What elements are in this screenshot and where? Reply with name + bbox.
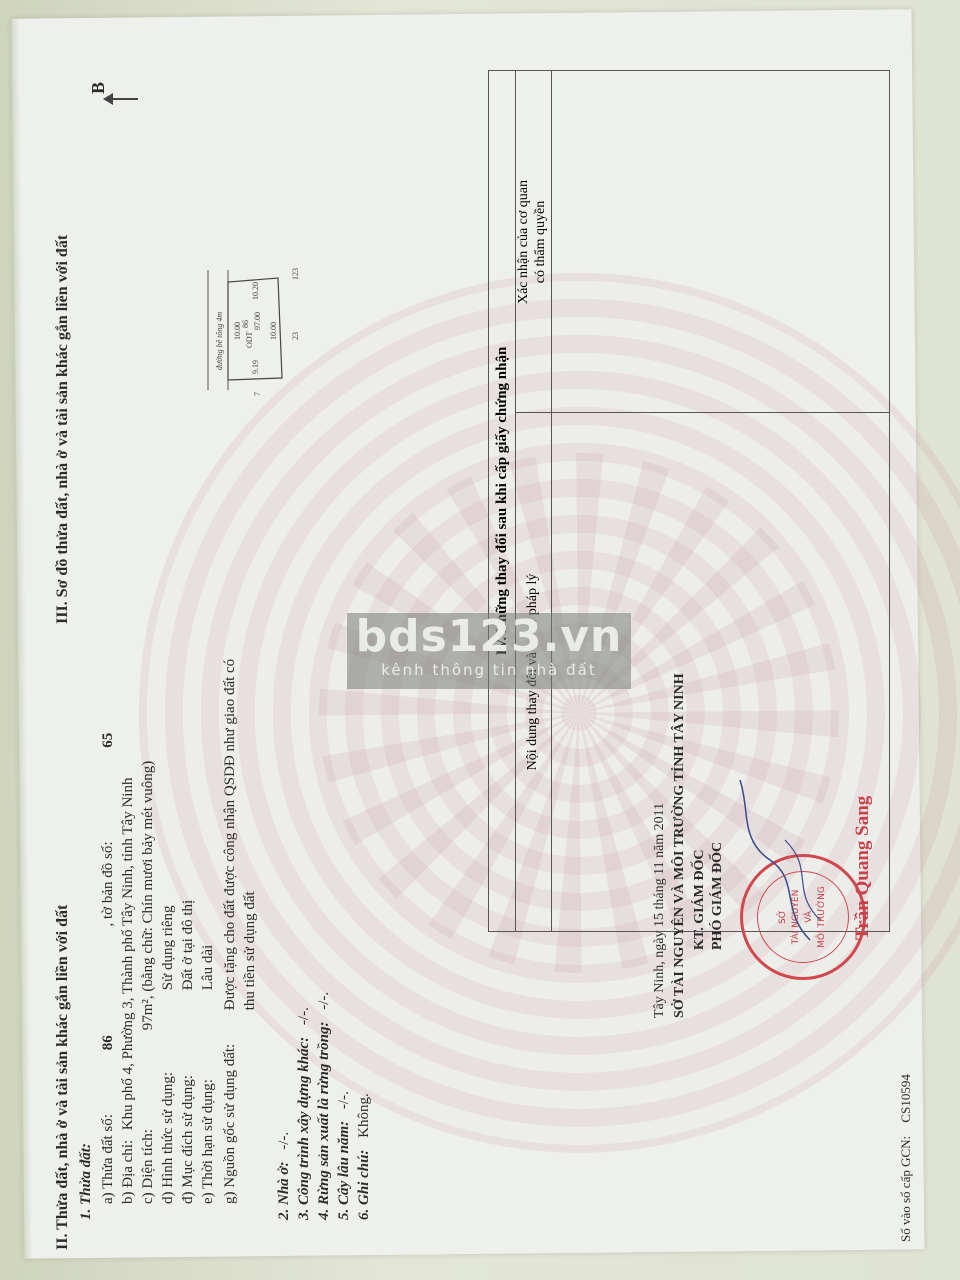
field-label: a) Thửa đất số: [100, 1054, 117, 1204]
edge-left: 9.19 [251, 360, 260, 374]
item-other-construction: 3. Công trình xây dựng khác: -/-. [296, 1007, 313, 1220]
purpose-value: Đất ở tại đô thị [180, 900, 196, 990]
watermark-brand: bds123.vn [347, 613, 631, 661]
land-code: ODT [245, 331, 254, 348]
map-sheet-label: , tờ bản đồ số: [100, 841, 116, 926]
item-label: 2. Nhà ở: [276, 1162, 292, 1220]
column-header-confirmation: Xác nhận của cơ quan có thẩm quyền [515, 71, 552, 413]
issuing-agency: SỞ TÀI NGUYÊN VÀ MÔI TRƯỜNG TỈNH TÂY NIN… [672, 673, 688, 1018]
item-label: 6. Ghi chú: [356, 1150, 372, 1220]
item-label: 4. Rừng sản xuất là rừng trồng: [316, 1022, 332, 1220]
neighbor-south: 23 [291, 332, 300, 340]
item-value: -/-. [276, 1132, 292, 1150]
confirmation-line1: Xác nhận của cơ quan [515, 71, 532, 413]
field-use-form: d) Hình thức sử dụng: Sử dụng riêng [160, 905, 177, 1204]
issue-date: Tây Ninh, ngày 15 tháng 11 năm 2011 [652, 803, 668, 1018]
field-area: c) Diện tích: 97m², (bằng chữ: Chín mươi… [140, 761, 157, 1204]
field-label: e) Thời hạn sử dụng: [200, 994, 217, 1204]
item-house: 2. Nhà ở: -/-. [276, 1132, 293, 1220]
term-value: Lâu dài [200, 945, 216, 990]
field-label: d) Hình thức sử dụng: [160, 994, 177, 1204]
plot-area: 97.00 [253, 312, 262, 330]
map-sheet-number: 65 [100, 733, 116, 748]
signer-name: Trần Quang Sang [852, 796, 874, 940]
parcel-number: 86 [100, 930, 117, 1050]
parcel-heading: 1. Thửa đất: [78, 1143, 95, 1220]
north-arrow-icon [110, 98, 138, 100]
item-value: Không. [356, 1093, 372, 1138]
field-purpose: đ) Mục đích sử dụng: Đất ở tại đô thị [180, 900, 197, 1204]
address-value: Khu phố 4, Phường 3, Thành phố Tây Ninh,… [120, 778, 136, 1131]
registry-number: Số vào sổ cấp GCN: CS10594 [898, 1074, 914, 1242]
field-label: g) Nguồn gốc sử dụng đất: [220, 1014, 240, 1204]
field-parcel-number: a) Thửa đất số: 86 , tờ bản đồ số: 65 [100, 733, 117, 1204]
role-line2: PHÓ GIÁM ĐỐC [710, 842, 726, 950]
section-iv-title: IV. Những thay đổi sau khi cấp giấy chứn… [489, 71, 516, 931]
item-label: 3. Công trình xây dựng khác: [296, 1037, 312, 1220]
field-origin: g) Nguồn gốc sử dụng đất: Được tặng cho … [220, 644, 260, 1204]
edge-bottom: 10.00 [269, 322, 278, 340]
confirmation-cell [551, 71, 889, 413]
item-value: -/-. [296, 1007, 312, 1025]
north-arrowhead-icon [103, 93, 113, 105]
section-iii-title: III. Sơ đồ thửa đất, nhà ở và tài sản kh… [54, 235, 72, 624]
section-ii-title: II. Thửa đất, nhà ở và tài sản khác gắn … [54, 905, 72, 1250]
bds123-watermark: bds123.vn kênh thông tin nhà đất [347, 613, 631, 689]
origin-value: Được tặng cho đất được công nhận QSDĐ nh… [220, 650, 260, 1010]
item-planted-forest: 4. Rừng sản xuất là rừng trồng: -/-. [316, 992, 333, 1220]
neighbor-east: 123 [291, 268, 300, 280]
item-value: -/-. [316, 992, 332, 1010]
field-label: đ) Mục đích sử dụng: [180, 994, 197, 1204]
parcel-sketch: đường bê tông 4m 10.00 10.20 10.00 9.19 … [200, 260, 310, 400]
confirmation-line2: có thẩm quyền [532, 71, 549, 413]
registry-label: Số vào sổ cấp GCN: [898, 1136, 913, 1242]
edge-right: 10.20 [251, 282, 260, 300]
field-address: b) Địa chỉ: Khu phố 4, Phường 3, Thành p… [120, 778, 137, 1204]
item-label: 5. Cây lâu năm: [336, 1121, 352, 1220]
signature-icon [730, 770, 840, 950]
watermark-tagline: kênh thông tin nhà đất [347, 661, 631, 679]
road-label: đường bê tông 4m [215, 312, 224, 370]
field-label: c) Diện tích: [140, 1034, 157, 1204]
field-term: e) Thời hạn sử dụng: Lâu dài [200, 945, 217, 1204]
registry-value: CS10594 [898, 1074, 913, 1122]
item-notes: 6. Ghi chú: Không. [356, 1093, 373, 1220]
neighbor-west: 7 [253, 392, 262, 396]
area-value: 97m², (bằng chữ: Chín mươi bảy mét vuông… [140, 761, 156, 1031]
item-value: -/-. [336, 1091, 352, 1109]
plot-parcel-number: 86 [241, 320, 250, 328]
use-form-value: Sử dụng riêng [160, 905, 176, 990]
role-line1: KT. GIÁM ĐỐC [692, 850, 708, 950]
field-label: b) Địa chỉ: [120, 1134, 137, 1204]
item-perennial-trees: 5. Cây lâu năm: -/-. [336, 1091, 353, 1220]
